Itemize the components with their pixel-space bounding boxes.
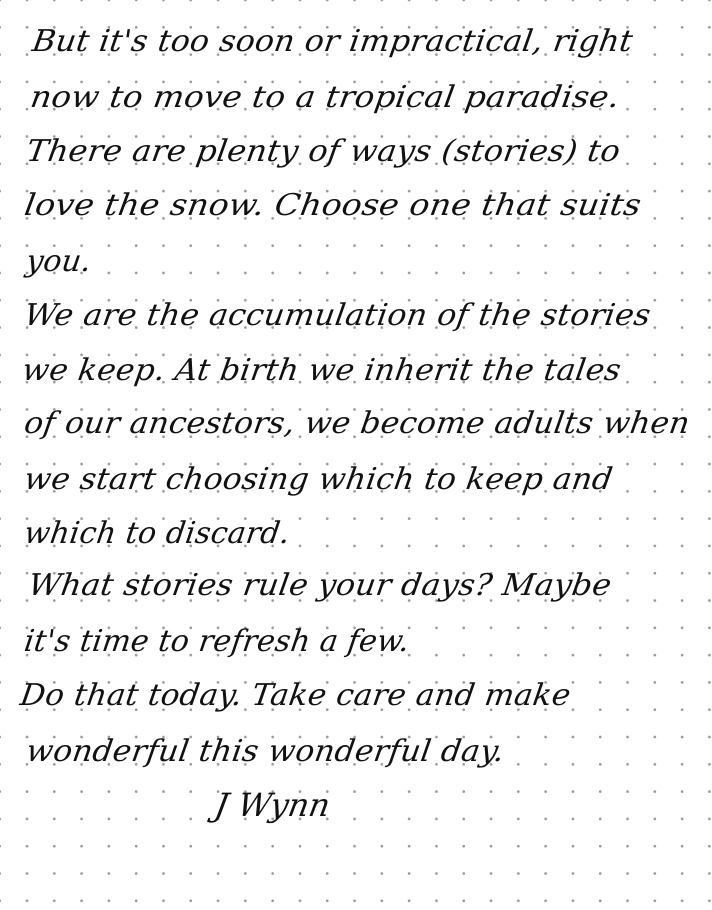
handwritten-line: now to move to a tropical paradise.	[28, 80, 622, 115]
handwritten-line: There are plenty of ways (stories) to	[24, 134, 623, 169]
handwritten-line: love the snow. Choose one that suits	[22, 188, 644, 223]
handwritten-line: you.	[24, 244, 94, 279]
handwritten-line: we start choosing which to keep and	[22, 462, 615, 497]
handwritten-line: of our ancestors, we become adults when	[22, 406, 692, 441]
handwritten-line: What stories rule your days? Maybe	[26, 568, 614, 603]
dot-grid-page: But it's too soon or impractical, right …	[0, 0, 712, 910]
handwritten-line: which to discard.	[22, 516, 292, 551]
handwritten-line: we keep. At birth we inherit the tales	[20, 353, 623, 388]
handwritten-line: it's time to refresh a few.	[22, 624, 412, 659]
signature: J Wynn	[212, 786, 333, 824]
handwritten-line: wonderful this wonderful day.	[24, 734, 507, 769]
handwritten-line: Do that today. Take care and make	[18, 678, 573, 713]
handwritten-line: But it's too soon or impractical, right	[30, 24, 635, 59]
handwritten-line: We are the accumulation of the stories	[22, 298, 653, 333]
